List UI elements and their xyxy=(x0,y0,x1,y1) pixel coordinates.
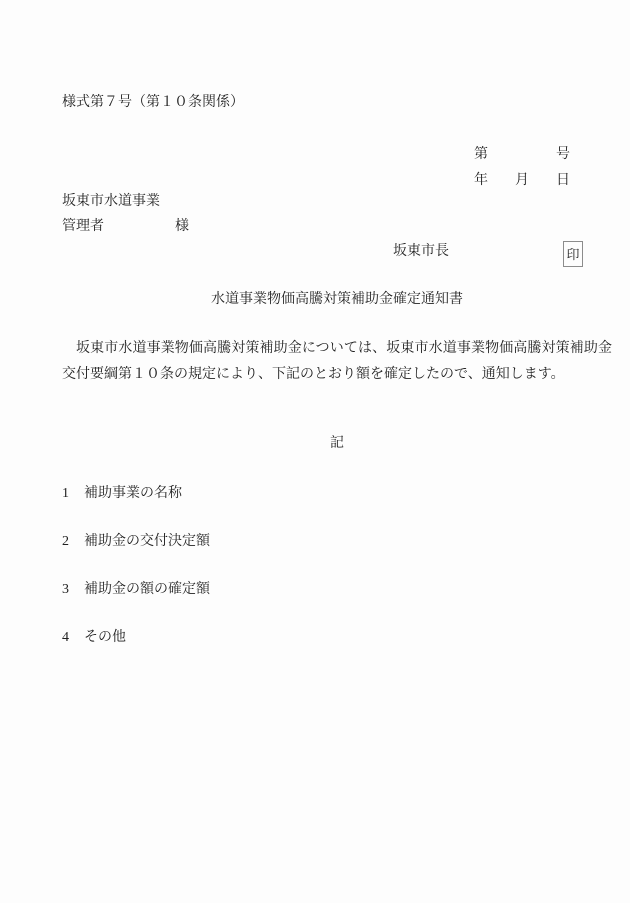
list-item-label: 補助事業の名称 xyxy=(84,486,182,501)
list-header-marker: 記 xyxy=(62,434,612,454)
doc-number-suffix: 号 xyxy=(556,147,570,162)
list-item-number: 1 xyxy=(62,484,84,504)
list-item: 2補助金の交付決定額 xyxy=(62,532,210,552)
list-item: 1補助事業の名称 xyxy=(62,484,182,504)
list-item-number: 3 xyxy=(62,580,84,600)
addressee-utility-name: 坂東市水道事業 xyxy=(62,192,160,212)
doc-number-prefix: 第 xyxy=(474,147,488,162)
list-item-label: 補助金の額の確定額 xyxy=(84,582,210,597)
document-page: 様式第７号（第１０条関係） 第号 年月日 坂東市水道事業 管理者様 坂東市長 印… xyxy=(0,0,630,903)
addressee-line: 管理者様 xyxy=(62,217,189,237)
date-month-label: 月 xyxy=(515,173,529,188)
sender-name: 坂東市長 xyxy=(393,242,449,262)
list-item: 4その他 xyxy=(62,628,126,648)
list-item-label: その他 xyxy=(84,630,126,645)
list-item-number: 2 xyxy=(62,532,84,552)
seal-box: 印 xyxy=(563,241,583,267)
addressee-role: 管理者 xyxy=(62,217,175,237)
document-title: 水道事業物価高騰対策補助金確定通知書 xyxy=(62,290,612,310)
seal-mark: 印 xyxy=(566,248,579,261)
list-item: 3補助金の額の確定額 xyxy=(62,580,210,600)
list-item-label: 補助金の交付決定額 xyxy=(84,534,210,549)
doc-number-line: 第号 xyxy=(474,145,570,165)
list-item-number: 4 xyxy=(62,628,84,648)
date-day-label: 日 xyxy=(556,173,570,188)
form-reference: 様式第７号（第１０条関係） xyxy=(62,93,244,113)
date-year-label: 年 xyxy=(474,173,488,188)
date-line: 年月日 xyxy=(474,171,570,191)
body-paragraph: 坂東市水道事業物価高騰対策補助金については、坂東市水道事業物価高騰対策補助金交付… xyxy=(62,336,612,388)
addressee-honorific: 様 xyxy=(175,219,189,234)
